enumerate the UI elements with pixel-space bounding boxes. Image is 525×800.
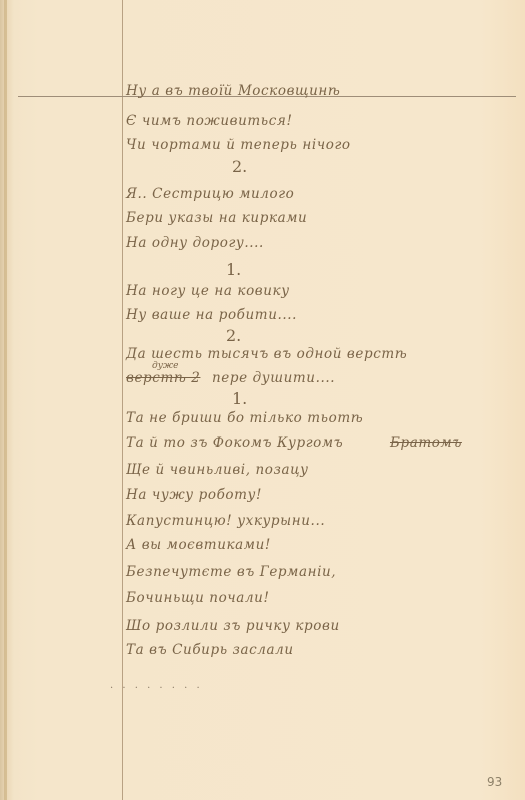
page-binding-edge: [4, 0, 7, 800]
text-line: На чужу роботу!: [126, 487, 262, 503]
text-line: Бери указы на кирками: [126, 210, 307, 226]
struck-word: Братомъ: [390, 435, 462, 451]
text-line: Ну ваше на робити....: [126, 307, 297, 323]
text-line: Та не бриши бо тілько тьотѣ: [126, 410, 363, 426]
text-line: А вы моєвтиками!: [126, 537, 271, 553]
text-line: На ногу це на ковику: [126, 283, 290, 299]
text-line: Ще й чвиньливі, позацу: [126, 462, 309, 478]
section-number: 2.: [226, 326, 241, 345]
text-line: Да шесть тысячъ въ одной верстѣ: [126, 346, 407, 362]
page-number: 93: [487, 775, 502, 789]
text-line: пере душити....: [212, 370, 335, 386]
text-line: Є чимъ поживиться!: [126, 113, 293, 129]
text-line: Та й то зъ Фокомъ Кургомъ: [126, 435, 343, 451]
text-line: Ну а въ твоїй Московщинѣ: [126, 83, 340, 99]
ink-specks: . . . . . . . .: [110, 680, 203, 691]
text-line: Шо розлили зъ ричку крови: [126, 618, 340, 634]
text-line: Чи чортами й теперь нічого: [126, 137, 351, 153]
section-number: 2.: [232, 157, 247, 176]
section-number: 1.: [232, 389, 247, 408]
text-line: Та въ Сибирь заслали: [126, 642, 294, 658]
struck-word: верстѣ 2: [126, 370, 200, 386]
section-number: 1.: [226, 260, 241, 279]
text-line: Капустинцю! ухкурыни...: [126, 513, 325, 529]
text-line: Безпечутєте въ Германіи,: [126, 564, 336, 580]
text-line: Я.. Сестрицю милого: [126, 186, 294, 202]
text-line: На одну дорогу....: [126, 235, 264, 251]
text-line: Бочиньщи почали!: [126, 590, 269, 606]
